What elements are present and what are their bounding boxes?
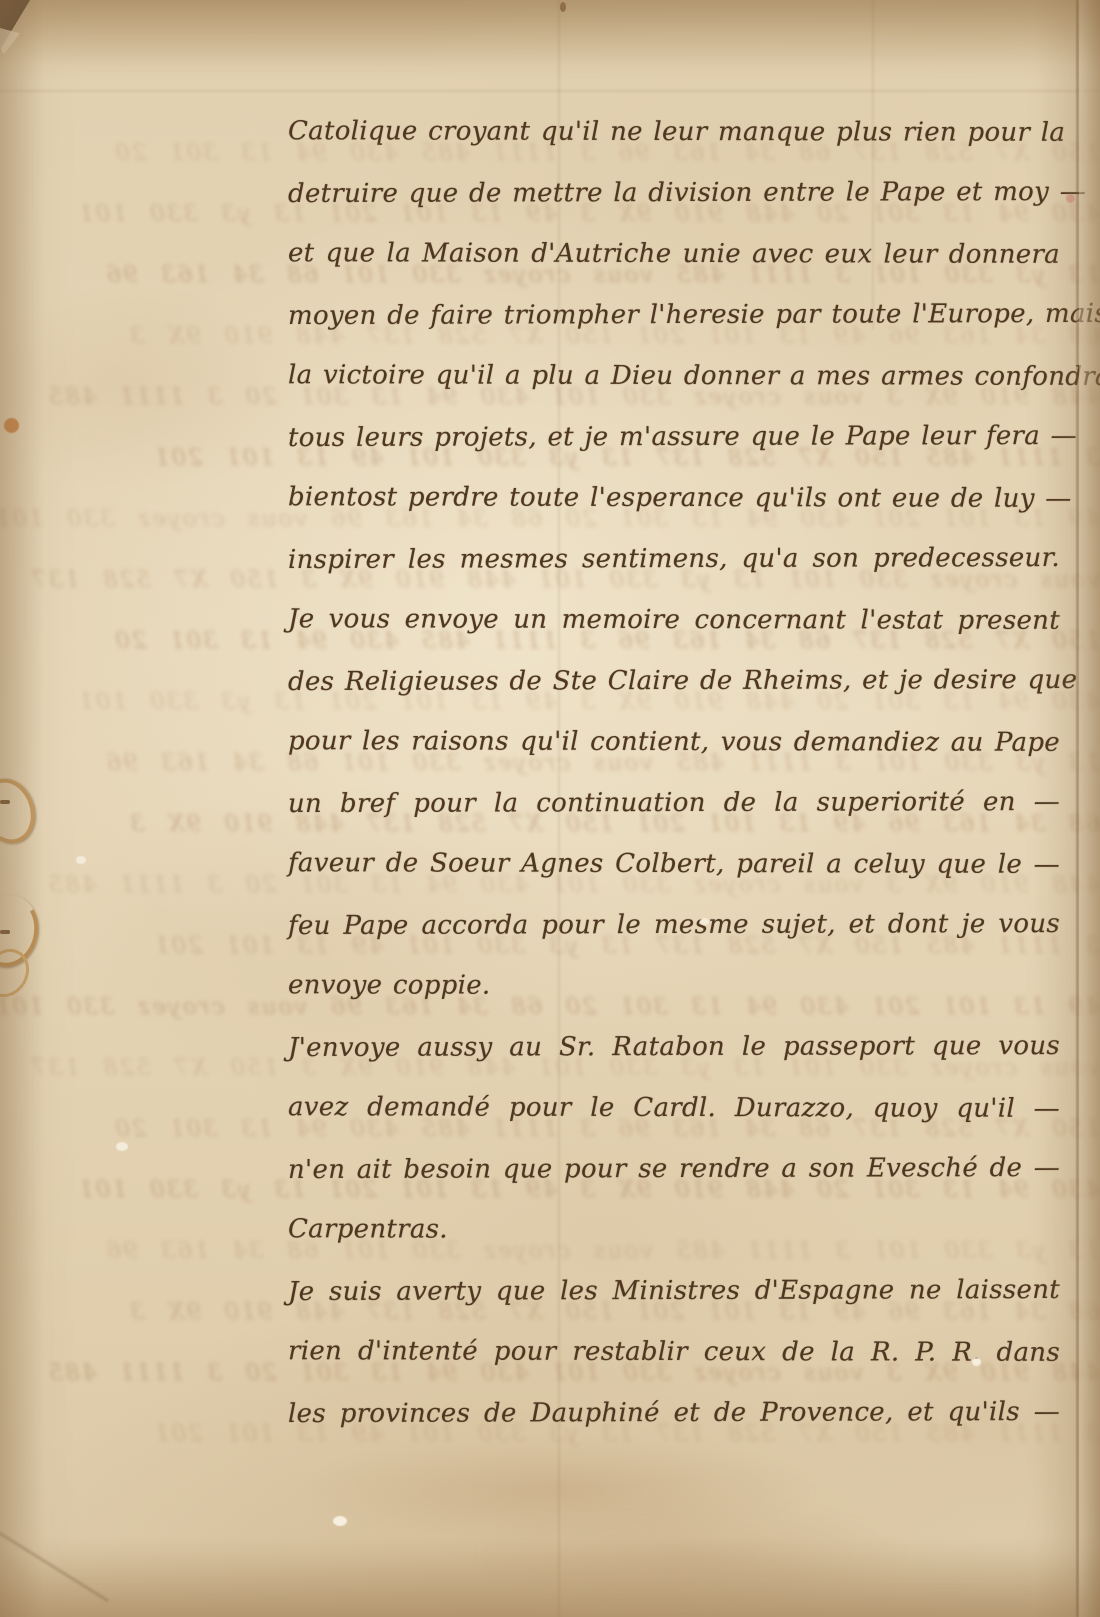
text-line: avez demandé pour le Cardl. Durazzo, quo… — [288, 1086, 1060, 1134]
text-line: et que la Maison d'Autriche unie avec eu… — [288, 232, 1060, 280]
manuscript-text: Catolique croyant qu'il ne leur manque p… — [0, 0, 1100, 1617]
text-line: tous leurs projets, et je m'assure que l… — [288, 415, 1060, 463]
text-line: des Religieuses de Ste Claire de Rheims,… — [288, 659, 1060, 707]
text-line: la victoire qu'il a plu a Dieu donner a … — [288, 354, 1060, 402]
text-line: n'en ait besoin que pour se rendre a son… — [288, 1147, 1060, 1195]
text-line: un bref pour la continuation de la super… — [288, 781, 1060, 829]
text-line: Je suis averty que les Ministres d'Espag… — [288, 1269, 1060, 1317]
text-line: Carpentras. — [288, 1208, 1060, 1256]
text-line: envoye coppie. — [288, 964, 1060, 1012]
text-line: bientost perdre toute l'esperance qu'ils… — [288, 476, 1060, 524]
text-line: pour les raisons qu'il contient, vous de… — [288, 720, 1060, 768]
manuscript-page: 150 X7 528 137 68 34 163 96 3 1111 485 4… — [0, 0, 1100, 1617]
text-line: feu Pape accorda pour le mesme sujet, et… — [288, 903, 1060, 951]
binding-slit — [0, 800, 10, 804]
text-line: les provinces de Dauphiné et de Provence… — [288, 1391, 1060, 1439]
binding-slit — [0, 930, 10, 934]
text-line: Catolique croyant qu'il ne leur manque p… — [288, 110, 1060, 158]
text-line: Je vous envoye un memoire concernant l'e… — [288, 598, 1060, 646]
text-line: inspirer les mesmes sentimens, qu'a son … — [288, 537, 1060, 585]
text-line: J'envoye aussy au Sr. Ratabon le passepo… — [288, 1025, 1060, 1073]
text-line: moyen de faire triompher l'heresie par t… — [288, 293, 1060, 341]
text-line: faveur de Soeur Agnes Colbert, pareil a … — [288, 842, 1060, 890]
text-line: detruire que de mettre la division entre… — [288, 171, 1060, 219]
text-line: rien d'intenté pour restablir ceux de la… — [288, 1330, 1060, 1378]
